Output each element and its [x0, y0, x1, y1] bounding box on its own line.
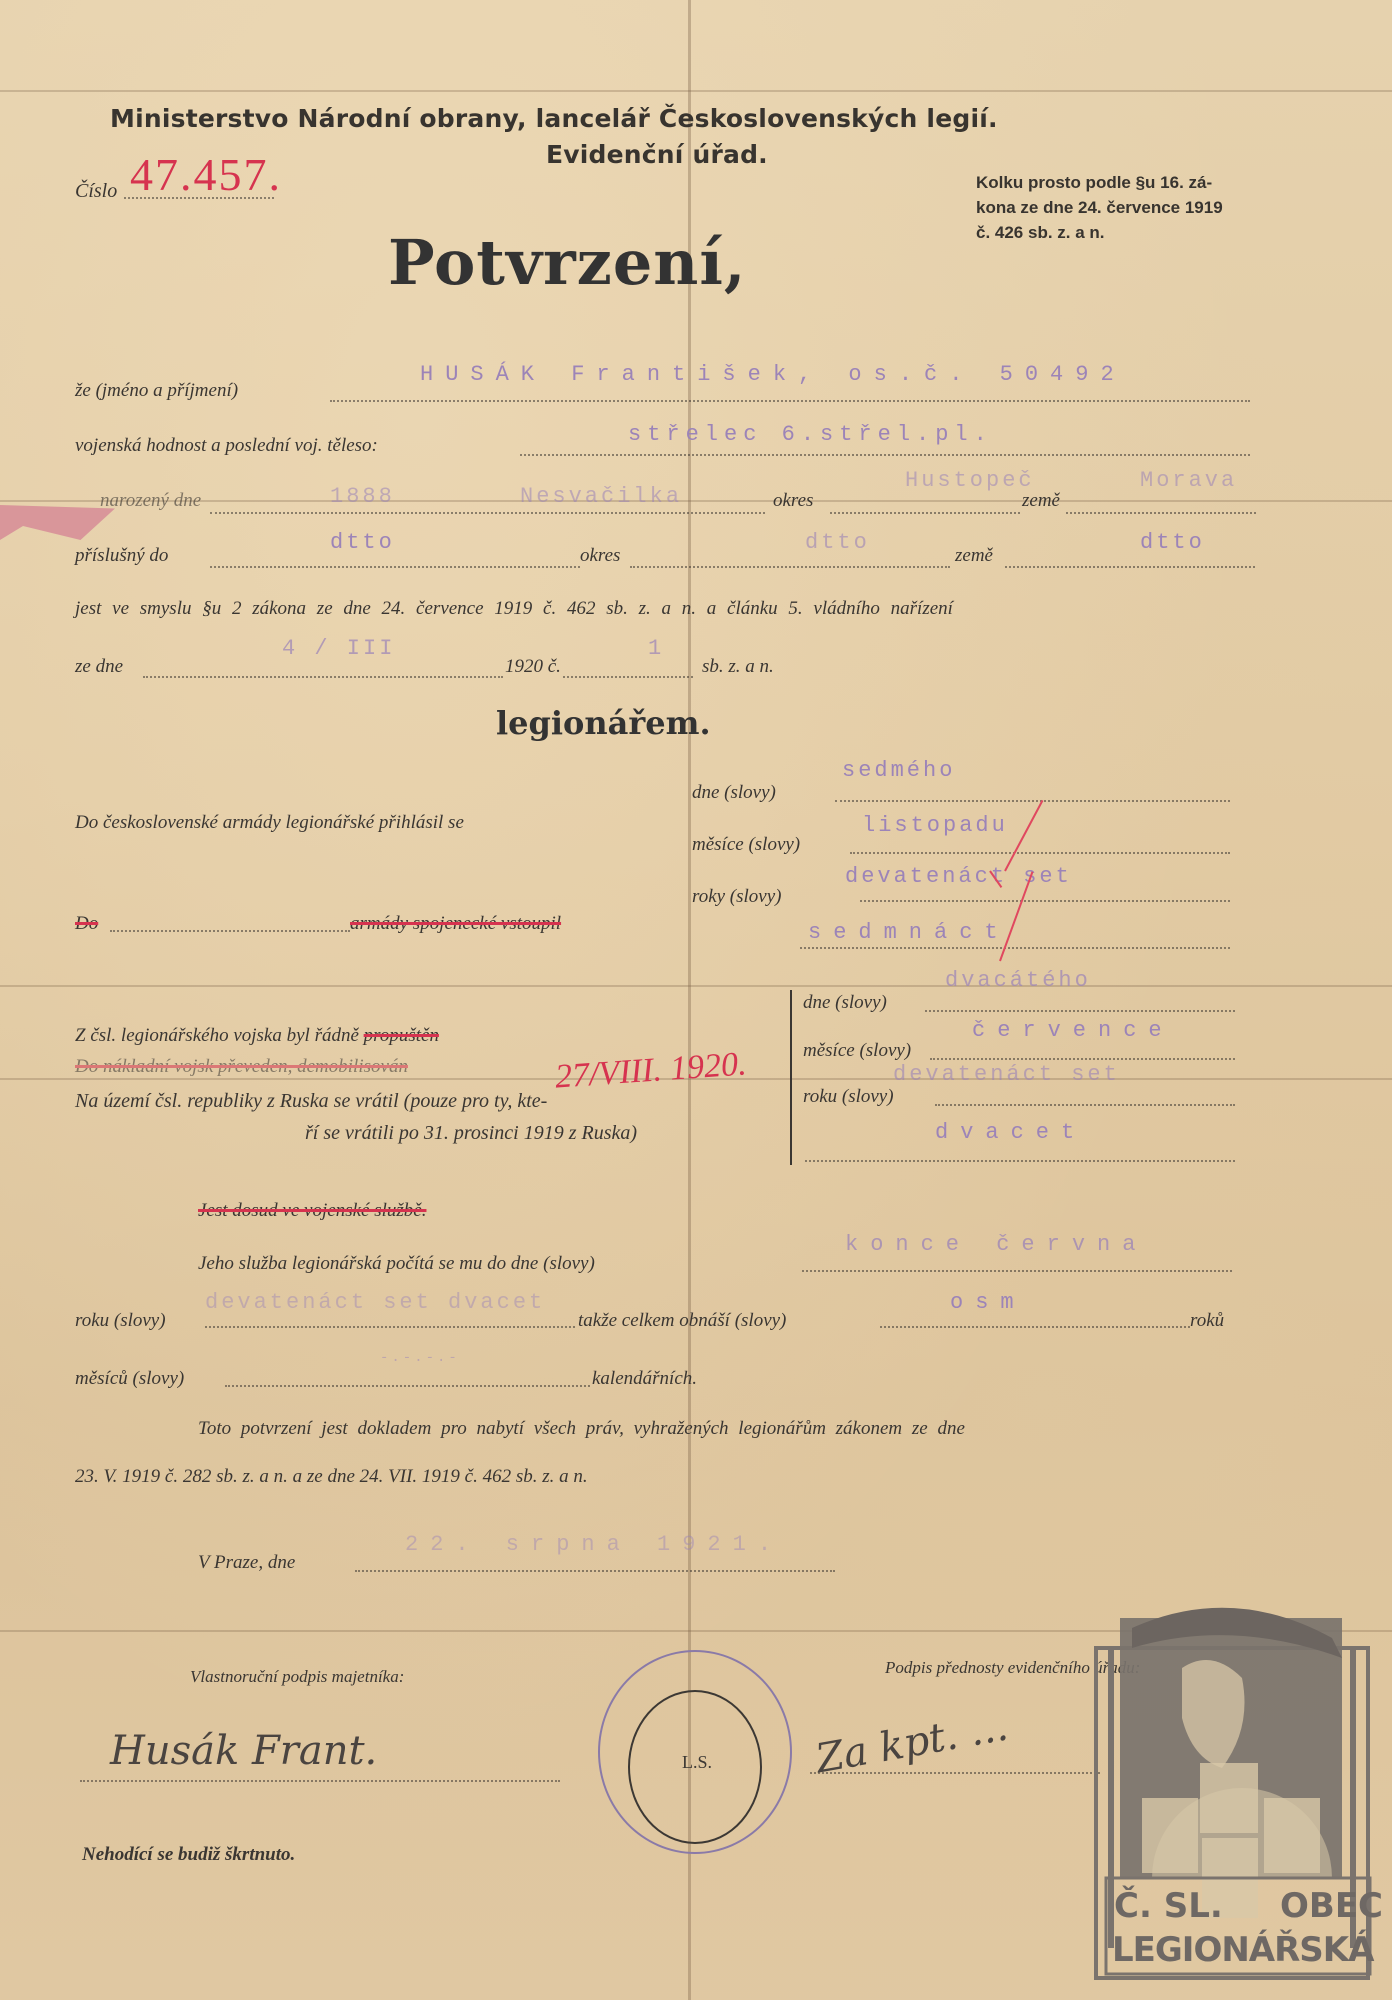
law-reference-text: jest ve smyslu §u 2 zákona ze dne 24. če… — [75, 598, 953, 620]
stamp-duty-line: kona ze dne 24. července 1919 — [976, 195, 1223, 220]
head-signature: Za kpt. ... — [812, 1704, 1011, 1783]
service-total-value: osm — [950, 1290, 1026, 1315]
owner-signature: Husák Frant. — [110, 1728, 377, 1774]
name-line — [330, 400, 1250, 402]
service-months-line — [225, 1385, 590, 1387]
prislusny-line — [210, 566, 580, 568]
joined-year-value-1: devatenáct set — [845, 864, 1072, 889]
service-total-label: takže celkem obnáší (slovy) — [578, 1310, 786, 1332]
released-year-line — [935, 1104, 1235, 1106]
closing-line1: Toto potvrzení jest dokladem pro nabytí … — [198, 1418, 965, 1440]
joined-day-line — [835, 800, 1230, 802]
logo-text-csl: Č. SL. — [1114, 1886, 1223, 1926]
service-until-line — [802, 1270, 1232, 1272]
zeme-label: země — [1022, 490, 1060, 512]
service-months-label: měsíců (slovy) — [75, 1368, 184, 1390]
decree-number-value: 1 — [648, 636, 664, 661]
cislo-label: Číslo — [75, 180, 117, 203]
okres-label: okres — [773, 490, 813, 512]
okres-value: Hustopeč — [905, 468, 1035, 493]
rank-line — [520, 454, 1250, 456]
decree-suffix: sb. z. a n. — [702, 656, 774, 678]
prislusny-value: dtto — [330, 530, 395, 555]
released-month-value: července — [972, 1018, 1174, 1043]
name-value: HUSÁK František, os.č. 50492 — [420, 362, 1126, 387]
joined-year2-line — [800, 947, 1230, 949]
years-suffix: roků — [1190, 1310, 1224, 1332]
handwritten-release-date: 27/VIII. 1920. — [554, 1045, 748, 1096]
okres2-value: dtto — [805, 530, 870, 555]
seal-ls-text: L.S. — [682, 1752, 712, 1773]
service-until-value: konce června — [845, 1232, 1147, 1257]
decree-date-label: ze dne — [75, 656, 123, 678]
service-total-line — [880, 1326, 1190, 1328]
joined-year-label: roky (slovy) — [692, 886, 782, 908]
place-date-line — [355, 1570, 835, 1572]
joined-month-line — [850, 852, 1230, 854]
name-label: že (jméno a příjmení) — [75, 380, 238, 402]
joined-month-label: měsíce (slovy) — [692, 834, 800, 856]
joined-month-value: listopadu — [862, 813, 1008, 838]
zeme-value: Morava — [1140, 468, 1237, 493]
released-struck-text: propuštěn — [364, 1025, 439, 1046]
joined-label: Do československé armády legionářské při… — [75, 812, 464, 834]
bracket — [790, 990, 792, 1165]
stamp-duty-line: Kolku prosto podle §u 16. zá- — [976, 170, 1223, 195]
rank-value: střelec 6.střel.pl. — [628, 422, 993, 447]
born-label: narozený dne — [100, 490, 201, 512]
born-date-value: 1888 — [330, 484, 395, 509]
horizontal-fold — [0, 90, 1392, 92]
stamp-duty-line: č. 426 sb. z. a n. — [976, 220, 1223, 245]
released-month-line — [930, 1058, 1235, 1060]
zeme2-value: dtto — [1140, 530, 1205, 555]
service-year-value: devatenáct set dvacet — [205, 1290, 545, 1315]
office-heading: Evidenční úřad. — [546, 140, 768, 169]
allied-do-struck: Do — [75, 913, 98, 935]
zeme-line — [1066, 512, 1256, 514]
released-line4: ří se vrátili po 31. prosinci 1919 z Rus… — [305, 1122, 637, 1145]
released-day-line — [925, 1010, 1235, 1012]
ministry-heading: Ministerstvo Národní obrany, lancelář Če… — [110, 104, 998, 133]
released-day-value: dvacátého — [945, 968, 1091, 993]
okres-line — [830, 512, 1020, 514]
logo-text-obec: OBEC — [1280, 1886, 1383, 1926]
okres2-line — [630, 566, 950, 568]
rank-label: vojenská hodnost a poslední voj. těleso: — [75, 435, 378, 457]
allied-line — [110, 930, 350, 932]
released-line1: Z čsl. legionářského vojska byl řádně pr… — [75, 1025, 439, 1047]
horizontal-fold — [0, 985, 1392, 987]
footer-note: Nehodící se budiž škrtnuto. — [82, 1844, 295, 1866]
red-check-mark — [1004, 800, 1043, 872]
service-year-line — [205, 1326, 575, 1328]
still-serving-struck: Jest dosud ve vojenské službě. — [198, 1200, 426, 1222]
service-year-label: roku (slovy) — [75, 1310, 166, 1332]
owner-signature-label: Vlastnoruční podpis majetníka: — [190, 1667, 404, 1687]
zeme2-label: země — [955, 545, 993, 567]
horizontal-fold — [0, 500, 1392, 502]
released-year-value-1: devatenáct set — [893, 1062, 1120, 1087]
service-months-value: -.-.-.- — [380, 1350, 460, 1366]
released-month-label: měsíce (slovy) — [803, 1040, 911, 1062]
document-page: Ministerstvo Národní obrany, lancelář Če… — [0, 0, 1392, 2000]
stamp-duty-note: Kolku prosto podle §u 16. zá- kona ze dn… — [976, 170, 1223, 245]
cislo-number: 47.457. — [130, 148, 282, 201]
prislusny-label: příslušný do — [75, 545, 168, 567]
months-suffix: kalendářních. — [592, 1368, 697, 1390]
allied-text-struck: armády spojenecké vstoupil — [350, 913, 561, 935]
decree-year-label: 1920 č. — [505, 656, 561, 678]
released-day-label: dne (slovy) — [803, 992, 887, 1014]
zeme2-line — [1005, 566, 1255, 568]
service-until-label: Jeho služba legionářská počítá se mu do … — [198, 1253, 595, 1275]
joined-year-line — [860, 900, 1230, 902]
released-text: Z čsl. legionářského vojska byl řádně — [75, 1025, 359, 1046]
joined-day-value: sedmého — [842, 758, 955, 783]
decree-number-line — [563, 676, 693, 678]
joined-year-value-2: sedmnáct — [808, 920, 1010, 945]
logo-text-legionarska: LEGIONÁŘSKÁ — [1112, 1930, 1373, 1970]
closing-line2: 23. V. 1919 č. 282 sb. z. a n. a ze dne … — [75, 1466, 588, 1488]
legionarem-heading: legionářem. — [496, 704, 711, 742]
decree-date-value: 4 / III — [282, 636, 395, 661]
released-year2-line — [805, 1160, 1235, 1162]
okres2-label: okres — [580, 545, 620, 567]
decree-date-line — [143, 676, 503, 678]
born-line — [210, 512, 765, 514]
born-place-value: Nesvačilka — [520, 484, 682, 509]
place-date-label: V Praze, dne — [198, 1552, 295, 1574]
torn-corner — [0, 505, 115, 540]
released-line2-struck: Do nákladní vojsk převeden, demobilisová… — [75, 1056, 408, 1078]
legion-association-logo: Č. SL. OBEC LEGIONÁŘSKÁ — [1092, 1588, 1392, 1988]
released-year-label: roku (slovy) — [803, 1086, 894, 1108]
document-title: Potvrzení, — [388, 226, 747, 299]
soldier-emblem-icon — [1092, 1588, 1392, 1988]
released-line3: Na území čsl. republiky z Ruska se vráti… — [75, 1090, 547, 1113]
released-year-value-2: dvacet — [935, 1120, 1086, 1145]
joined-day-label: dne (slovy) — [692, 782, 776, 804]
place-date-value: 22. srpna 1921. — [405, 1532, 783, 1557]
owner-signature-line — [80, 1780, 560, 1782]
